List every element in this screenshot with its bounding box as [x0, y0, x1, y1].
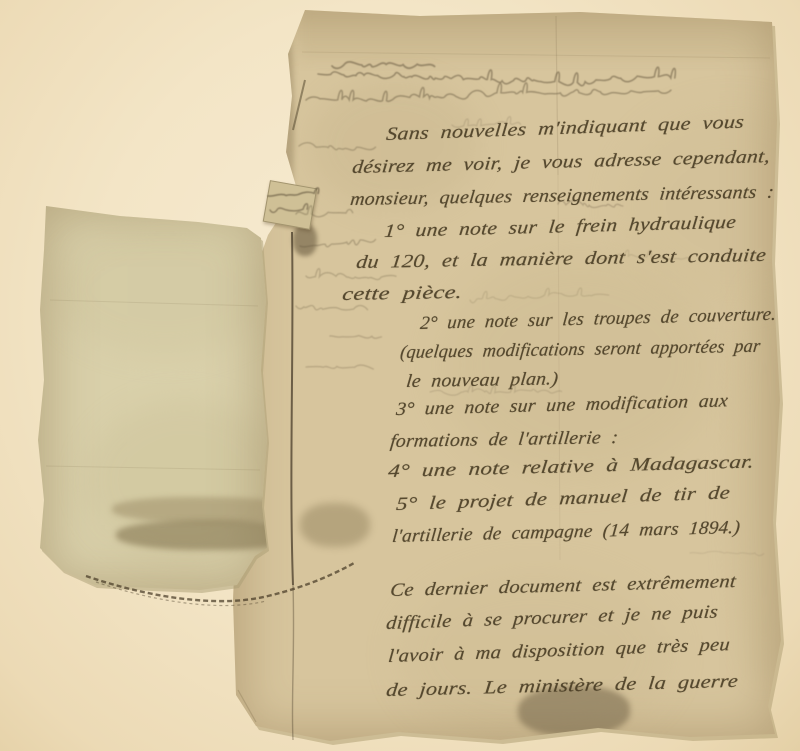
handwriting-line: (quelques modifications seront apportées… [399, 338, 761, 363]
handwriting-line: l'avoir à ma disposition que très peu [387, 636, 730, 667]
handwriting-line: le nouveau plan.) [405, 370, 559, 391]
handwriting-line: difficile à se procurer et je ne puis [385, 603, 718, 633]
handwriting-line: désirez me voir, je vous adresse cependa… [351, 148, 771, 177]
handwriting-line: du 120, et la manière dont s'est conduit… [355, 247, 767, 273]
handwriting-line: monsieur, quelques renseignements intére… [349, 184, 775, 210]
handwriting-line: 2° une note sur les troupes de couvertur… [419, 306, 777, 334]
handwriting-line: 1° une note sur le frein hydraulique [383, 214, 737, 242]
handwriting-line: cette pièce. [341, 284, 463, 305]
handwriting-line: Ce dernier document est extrêmement [389, 573, 737, 601]
handwriting-line: de jours. Le ministère de la guerre [385, 673, 739, 701]
handwriting-line: 5° le projet de manuel de tir de [395, 484, 731, 514]
handwriting-text-layer: Sans nouvelles m'indiquant que vousdésir… [0, 0, 800, 751]
handwriting-line: formations de l'artillerie : [389, 429, 619, 452]
handwriting-line: l'artillerie de campagne (14 mars 1894.) [391, 519, 741, 547]
bordereau-photograph: Sans nouvelles m'indiquant que vousdésir… [0, 0, 800, 751]
handwriting-line: 4° une note relative à Madagascar. [387, 453, 755, 481]
handwriting-line: 3° une note sur une modification aux [395, 392, 729, 419]
handwriting-line: Sans nouvelles m'indiquant que vous [385, 113, 745, 144]
